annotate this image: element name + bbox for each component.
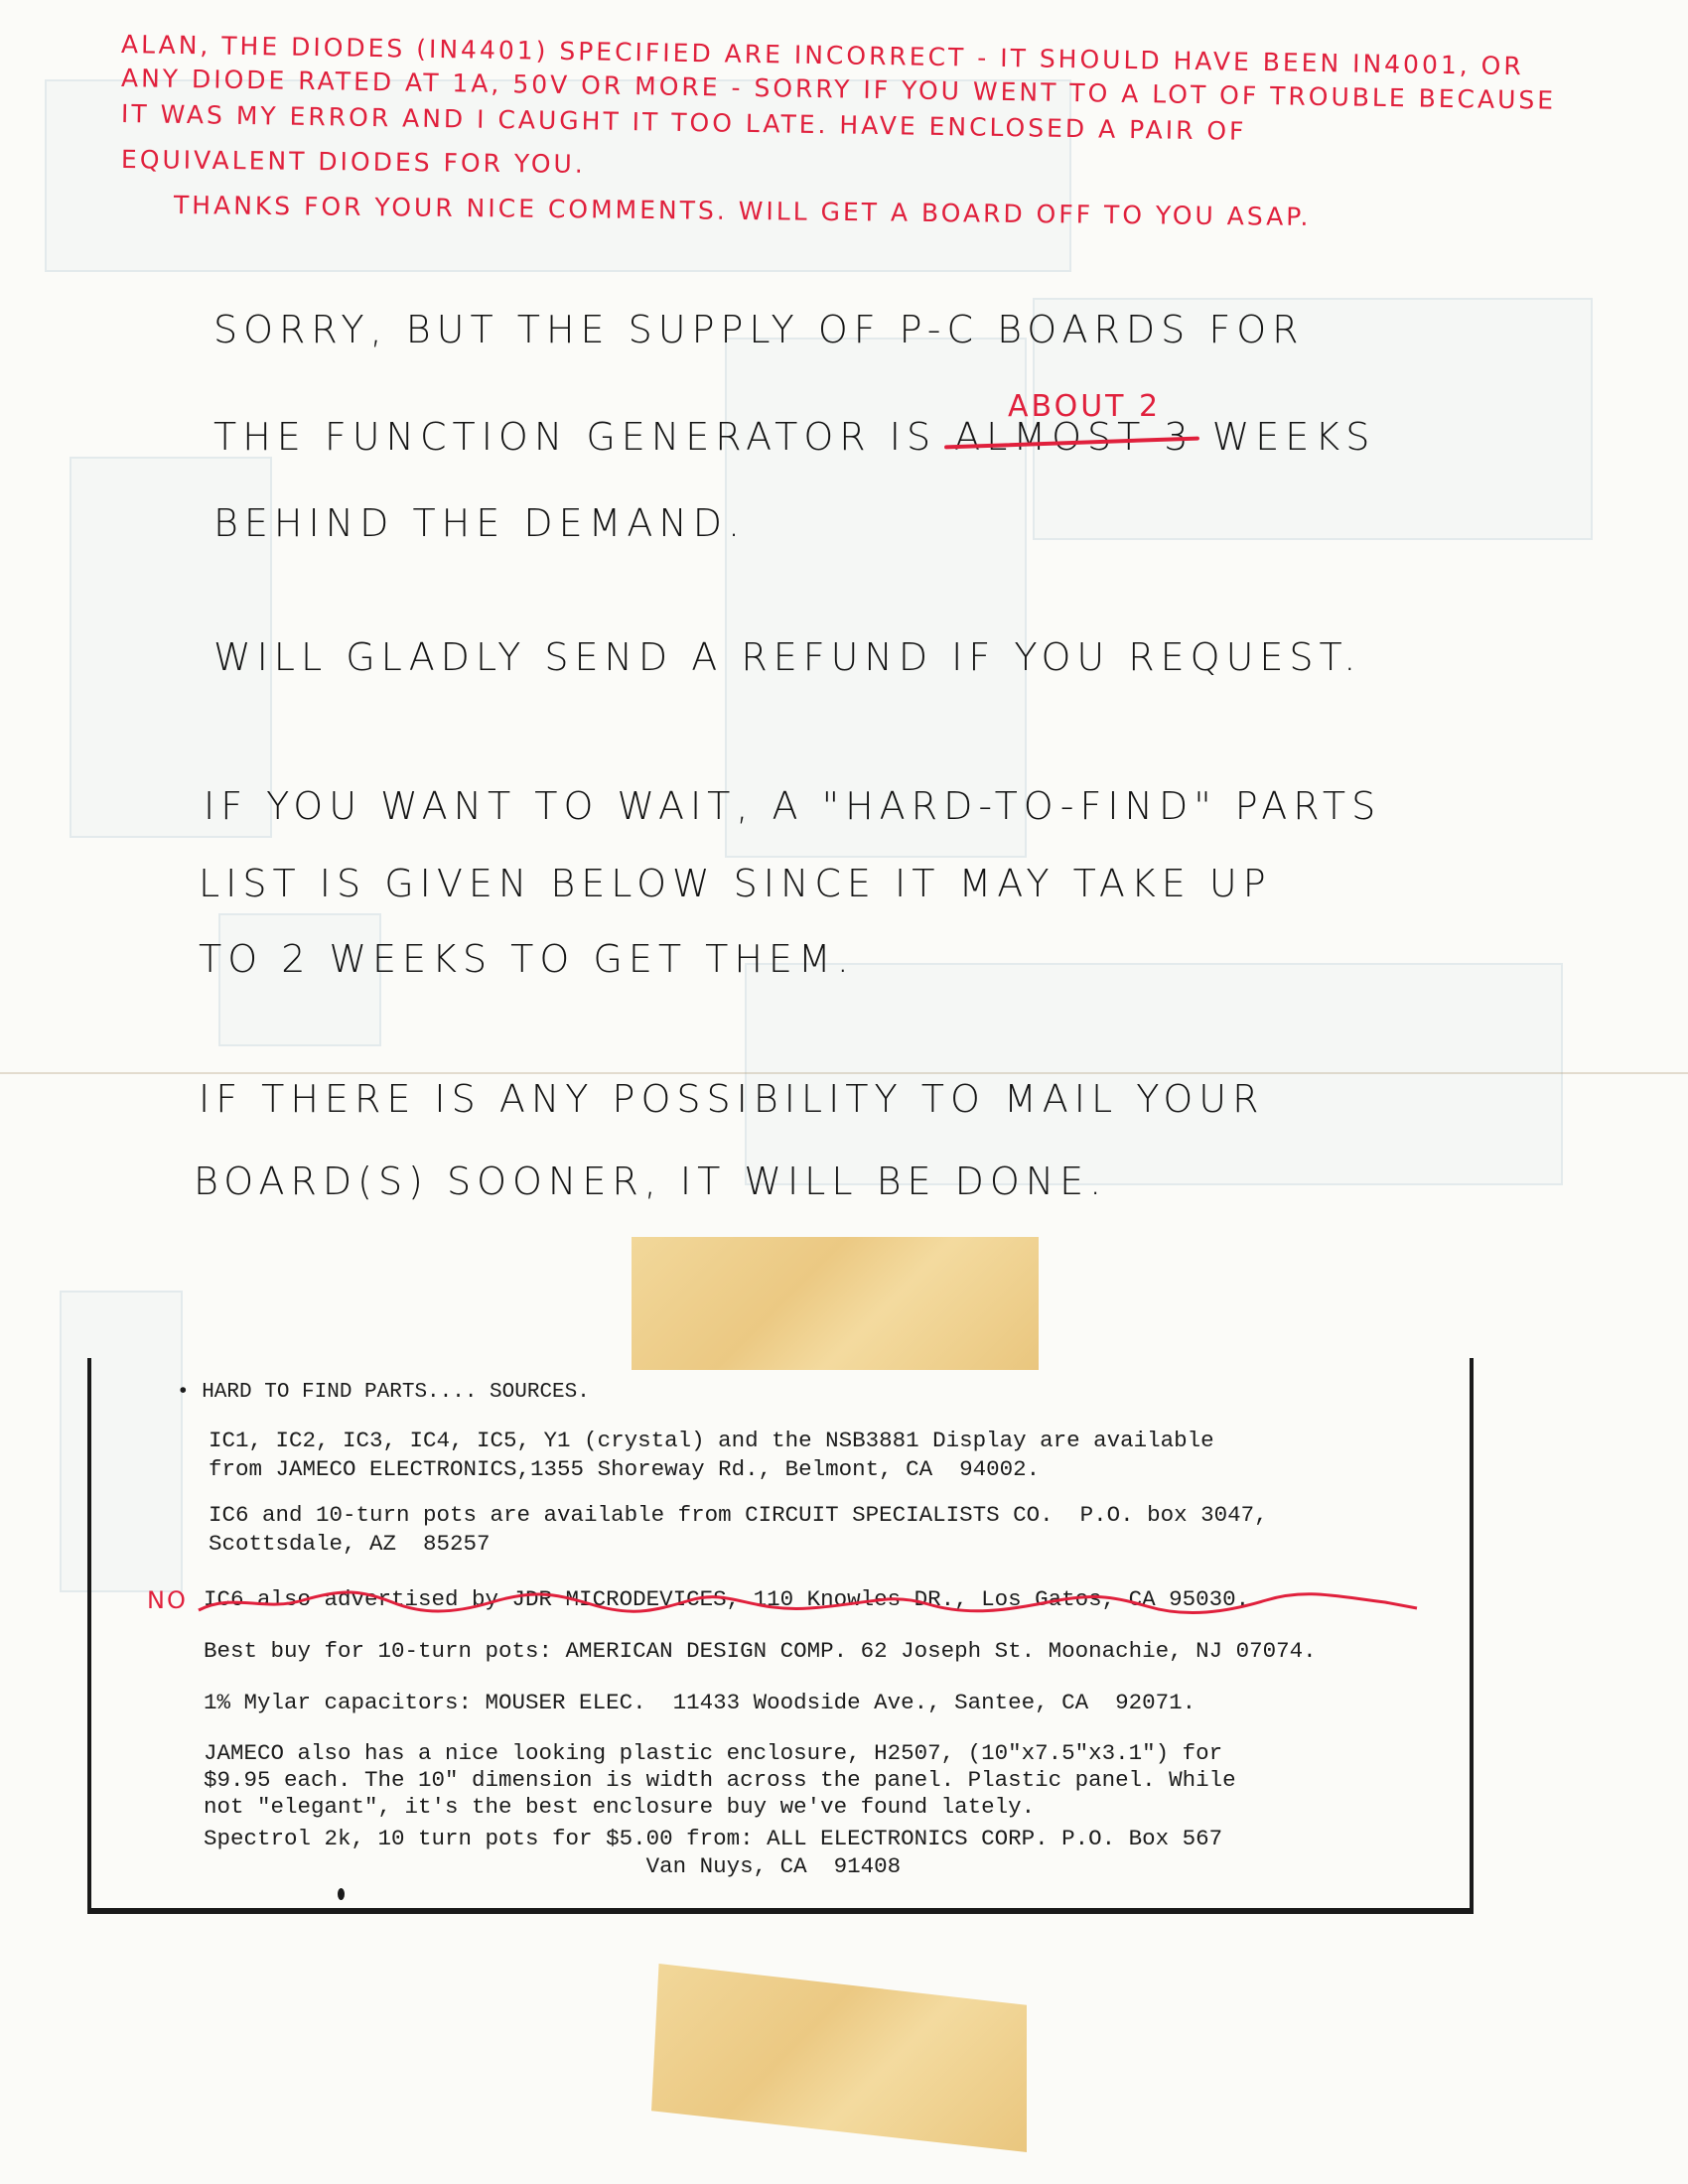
parts-entry-enclosure-line-3: not "elegant", it's the best enclosure b… <box>204 1793 1035 1822</box>
parts-entry-enclosure-line-1: JAMECO also has a nice looking plastic e… <box>204 1739 1222 1768</box>
paper-fold <box>0 1072 1688 1074</box>
body-line-5: IF YOU WANT TO WAIT, A "HARD-TO-FIND" PA… <box>204 784 1381 828</box>
body-line-2-end: WEEKS <box>1195 415 1376 459</box>
parts-entry-american-design: Best buy for 10-turn pots: AMERICAN DESI… <box>204 1637 1317 1666</box>
body-line-7: TO 2 WEEKS TO GET THEM. <box>199 937 855 981</box>
body-line-6: LIST IS GIVEN BELOW SINCE IT MAY TAKE UP <box>199 862 1272 905</box>
ink-speck <box>338 1888 345 1900</box>
body-line-2: THE FUNCTION GENERATOR IS ALMOST 3 WEEKS <box>213 415 1375 459</box>
parts-entry-circuit-specialists-line-2: Scottsdale, AZ 85257 <box>209 1530 491 1559</box>
body-line-1: SORRY, BUT THE SUPPLY OF P-C BOARDS FOR <box>213 308 1305 351</box>
masking-tape-bottom <box>651 1964 1027 2152</box>
parts-entry-mouser: 1% Mylar capacitors: MOUSER ELEC. 11433 … <box>204 1689 1196 1717</box>
no-annotation: NO <box>147 1586 188 1614</box>
body-line-3: BEHIND THE DEMAND. <box>213 501 746 545</box>
parts-entry-all-electronics-line-1: Spectrol 2k, 10 turn pots for $5.00 from… <box>204 1825 1222 1853</box>
correction-insert: ABOUT 2 <box>1008 389 1161 424</box>
body-line-9: BOARD(S) SOONER, IT WILL BE DONE. <box>194 1160 1107 1203</box>
body-line-8: IF THERE IS ANY POSSIBILITY TO MAIL YOUR <box>199 1077 1265 1121</box>
body-line-4: WILL GLADLY SEND A REFUND IF YOU REQUEST… <box>213 635 1361 679</box>
parts-entry-circuit-specialists-line-1: IC6 and 10-turn pots are available from … <box>209 1501 1268 1530</box>
parts-entry-enclosure-line-2: $9.95 each. The 10" dimension is width a… <box>204 1766 1236 1795</box>
parts-entry-jameco-line-1: IC1, IC2, IC3, IC4, IC5, Y1 (crystal) an… <box>209 1427 1214 1455</box>
red-note-line-4: EQUIVALENT DIODES FOR YOU. <box>121 145 586 179</box>
red-strikethrough-squiggle <box>194 1582 1425 1622</box>
parts-list-heading: • HARD TO FIND PARTS.... SOURCES. <box>177 1378 590 1407</box>
parts-entry-jameco-line-2: from JAMECO ELECTRONICS,1355 Shoreway Rd… <box>209 1455 1040 1484</box>
masking-tape-top <box>632 1237 1039 1370</box>
bleed-through-block <box>745 963 1563 1185</box>
body-line-2-start: THE FUNCTION GENERATOR IS <box>213 415 954 459</box>
parts-entry-all-electronics-line-2: Van Nuys, CA 91408 <box>204 1852 901 1881</box>
